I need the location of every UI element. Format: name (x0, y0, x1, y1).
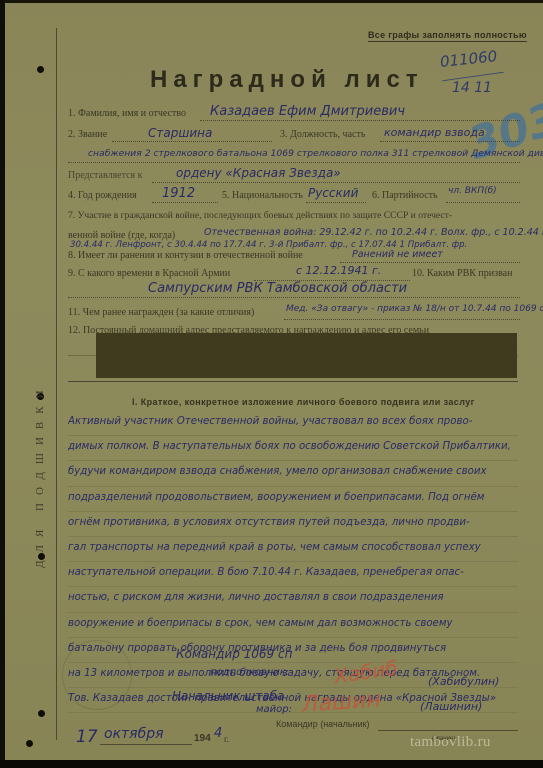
field-3-line (380, 141, 520, 142)
field-7-label: 7. Участие в гражданской войне, последую… (68, 210, 452, 221)
commander-rank: подполковник: (210, 667, 289, 678)
field-1-value: Казадаев Ефим Дмитриевич (210, 104, 405, 119)
field-11-value: Мед. «За отвагу» - приказ № 18/н от 10.7… (286, 304, 543, 314)
punch-hole (38, 710, 45, 717)
narrative-line: димых полком. В наступательных боях по о… (68, 436, 518, 461)
field-5-value: Русский (308, 186, 358, 200)
binding-side-label: ДЛЯ ПОДШИВКИ (34, 260, 48, 690)
field-4-line (152, 202, 218, 203)
commander-field-label: Командир (начальник) (276, 719, 370, 729)
chief-of-staff-rank: майор: (256, 704, 292, 715)
field-4-label: 4. Год рождения (68, 190, 137, 201)
narrative-line: Активный участник Отечественной войны, у… (68, 411, 518, 436)
date-year-suffix: 4 (214, 726, 222, 741)
field-3-value-cont: снабжения 2 стрелкового батальона 1069 с… (88, 148, 543, 159)
date-day: 17 (76, 727, 98, 747)
field-8-label: 8. Имеет ли ранения и контузии в отечест… (68, 250, 303, 261)
field-2-label: 2. Звание (68, 129, 107, 140)
commander-title: Командир 1069 сп (176, 647, 292, 661)
archive-subnumber: 14 11 (452, 80, 492, 96)
field-10-value: Сампурским РВК Тамбовской области (148, 281, 407, 296)
field-3-line-cont (68, 162, 520, 163)
field-9-label: 9. С какого времени в Красной Армии (68, 268, 230, 279)
document-title: Наградной лист (150, 66, 424, 94)
binding-margin-line (56, 28, 57, 740)
fill-all-fields-hint: Все графы заполнять полностью (368, 30, 527, 42)
punch-hole (37, 66, 44, 73)
field-9-value: с 12.12.1941 г. (296, 264, 381, 277)
field-5-line (306, 202, 366, 203)
scan-border-bottom (0, 760, 543, 768)
date-year-prefix: 194 (194, 733, 211, 744)
presented-to-value: ордену «Красная Звезда» (176, 166, 341, 180)
field-3-label: 3. Должность, часть (280, 129, 365, 140)
narrative-line: гал транспорты на передний край в роты, … (68, 537, 518, 562)
commander-field-line (378, 730, 518, 731)
presented-to-line (152, 182, 520, 183)
watermark: tambovlib.ru (410, 734, 491, 751)
narrative-line: подразделений продовольствием, вооружени… (68, 487, 518, 512)
merit-narrative: Активный участник Отечественной войны, у… (68, 411, 518, 713)
narrative-line: огнём противника, в условиях отсутствия … (68, 512, 518, 537)
narrative-line: ностью, с риском для жизни, лично достав… (68, 587, 518, 612)
field-6-value: чл. ВКП(б) (448, 186, 497, 196)
narrative-line: будучи командиром взвода снабжения, умел… (68, 461, 518, 486)
chief-of-staff-title: Начальник штаба (172, 689, 284, 703)
field-2-value: Старшина (148, 126, 212, 140)
field-6-line (446, 202, 520, 203)
date-month: октября (104, 726, 164, 742)
punch-hole (26, 740, 33, 747)
narrative-line: вооружение и боеприпасы в срок, чем самы… (68, 613, 518, 638)
field-11-line (284, 319, 520, 320)
field-8-line (340, 262, 520, 263)
narrative-line: наступательной операции. В бою 7.10.44 г… (68, 562, 518, 587)
date-year-unit: г. (224, 734, 229, 744)
scan-border-left (0, 0, 5, 768)
date-month-line (100, 744, 192, 745)
field-4-value: 1912 (162, 186, 195, 201)
presented-to-label: Представляется к (68, 170, 143, 181)
commander-name: (Хабибулин) (428, 675, 499, 688)
field-6-label: 6. Партийность (372, 190, 438, 201)
field-7-value: Отечественная война: 29.12.42 г. по 10.2… (204, 227, 543, 238)
field-2-line (112, 141, 272, 142)
faint-stamp-seal (62, 640, 132, 710)
field-3-value: командир взвода (384, 126, 485, 139)
chief-of-staff-name: (Лашинин) (420, 700, 482, 713)
field-10-line (68, 297, 520, 298)
narrative-line: батальону прорвать оборону противника и … (68, 638, 518, 663)
field-10-label: 10. Каким РВК призван (412, 268, 512, 279)
field-5-label: 5. Национальность (222, 190, 303, 201)
field-11-label: 11. Чем ранее награжден (за какие отличи… (68, 307, 254, 318)
field-1-label: 1. Фамилия, имя и отчество (68, 108, 186, 119)
field-8-value: Ранений не имеет (352, 249, 443, 260)
redacted-address-block (96, 333, 517, 378)
field-12-line (68, 381, 518, 382)
section-heading: I. Краткое, конкретное изложение личного… (132, 397, 475, 407)
scan-border-top (0, 0, 543, 3)
field-1-line (200, 120, 520, 121)
